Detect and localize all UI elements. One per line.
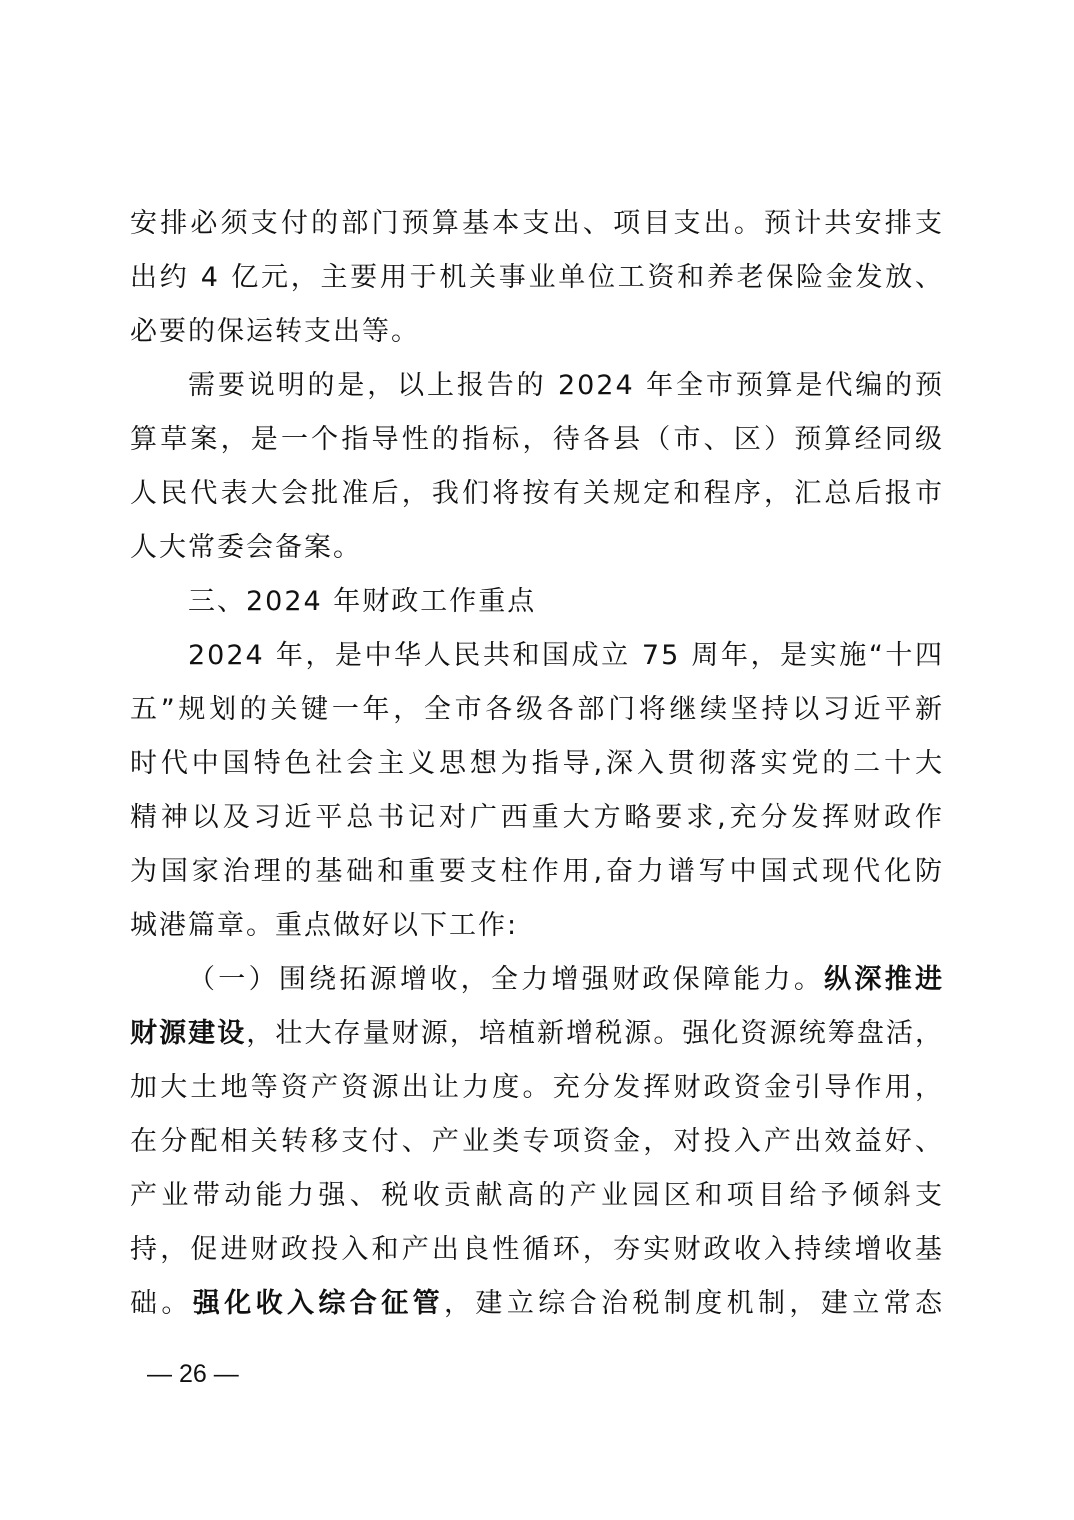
- body-text: 安排必须支付的部门预算基本支出、项目支出。预计共安排支出约 4 亿元，主要用于机…: [130, 197, 944, 953]
- text-line: 时代中国特色社会主义思想为指导,深入贯彻落实党的二十大: [130, 737, 944, 791]
- text-line: 必要的保运转支出等。: [130, 305, 944, 359]
- bold-phrase: 纵深推进: [824, 964, 944, 995]
- section-1-line-4: 在分配相关转移支付、产业类专项资金，对投入产出效益好、: [130, 1115, 944, 1169]
- text-line: 算草案，是一个指导性的指标，待各县（市、区）预算经同级: [130, 413, 944, 467]
- text-line: 2024 年，是中华人民共和国成立 75 周年，是实施“十四: [130, 629, 944, 683]
- section-1-line-5: 产业带动能力强、税收贡献高的产业园区和项目给予倾斜支: [130, 1169, 944, 1223]
- text-line: 城港篇章。重点做好以下工作:: [130, 899, 944, 953]
- section-1-line-2: 财源建设，壮大存量财源，培植新增税源。强化资源统筹盘活，: [130, 1007, 944, 1061]
- text-line: 人民代表大会批准后，我们将按有关规定和程序，汇总后报市: [130, 467, 944, 521]
- page-number: — 26 —: [147, 1360, 239, 1389]
- text-line: 精神以及习近平总书记对广西重大方略要求,充分发挥财政作: [130, 791, 944, 845]
- section-heading: 三、2024 年财政工作重点: [130, 575, 944, 629]
- section-1-line-6: 持，促进财政投入和产出良性循环，夯实财政收入持续增收基: [130, 1223, 944, 1277]
- text-line: 为国家治理的基础和重要支柱作用,奋力谱写中国式现代化防: [130, 845, 944, 899]
- text-line: 安排必须支付的部门预算基本支出、项目支出。预计共安排支: [130, 197, 944, 251]
- paragraph-text: ，壮大存量财源，培植新增税源。强化资源统筹盘活，: [246, 1018, 944, 1049]
- section-heading-text: （一）围绕拓源增收，全力增强财政保障能力。: [188, 964, 824, 995]
- text-line: 出约 4 亿元，主要用于机关事业单位工资和养老保险金发放、: [130, 251, 944, 305]
- section-1-line-3: 加大土地等资产资源出让力度。充分发挥财政资金引导作用，: [130, 1061, 944, 1115]
- paragraph-text: 础。: [130, 1288, 193, 1319]
- document-page: 安排必须支付的部门预算基本支出、项目支出。预计共安排支出约 4 亿元，主要用于机…: [130, 197, 944, 1331]
- section-1-line-7: 础。强化收入综合征管，建立综合治税制度机制，建立常态: [130, 1277, 944, 1331]
- section-1-line-1: （一）围绕拓源增收，全力增强财政保障能力。纵深推进: [130, 953, 944, 1007]
- bold-phrase: 强化收入综合征管: [193, 1288, 444, 1319]
- text-line: 五”规划的关键一年，全市各级各部门将继续坚持以习近平新: [130, 683, 944, 737]
- text-line: 需要说明的是，以上报告的 2024 年全市预算是代编的预: [130, 359, 944, 413]
- text-line: 人大常委会备案。: [130, 521, 944, 575]
- bold-phrase: 财源建设: [130, 1018, 246, 1049]
- paragraph-text: ，建立综合治税制度机制，建立常态: [444, 1288, 944, 1319]
